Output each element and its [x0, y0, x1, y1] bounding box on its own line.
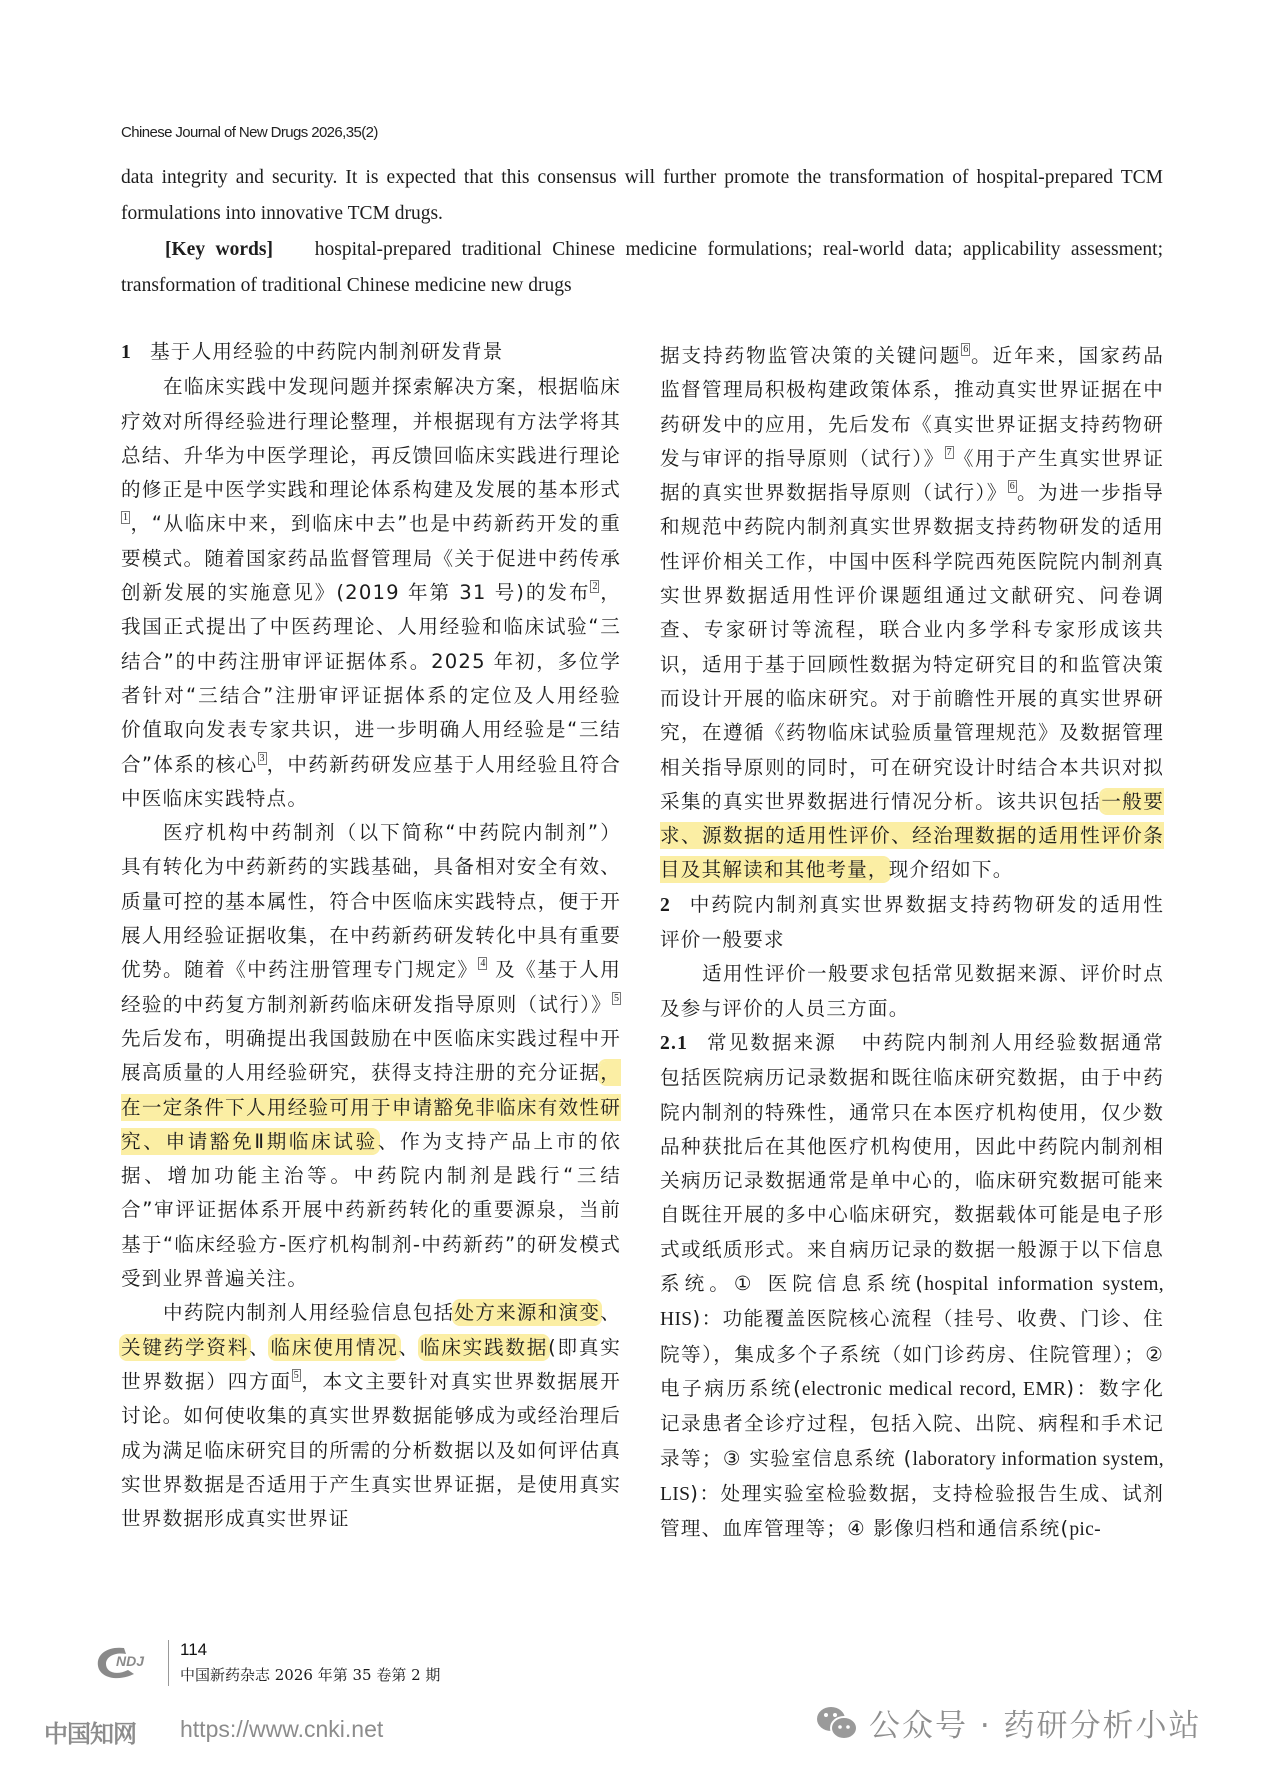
text: 在临床实践中发现问题并探索解决方案，根据临床疗效对所得经验进行理论整理，并根据现… [121, 375, 621, 501]
paragraph-section-2-1: 2.1常见数据来源 中药院内制剂人用经验数据通常包括医院病历记录数据和既往临床研… [660, 1026, 1164, 1547]
running-head: Chinese Journal of New Drugs 2026,35(2) [121, 124, 378, 141]
section-number: 2.1 [660, 1033, 688, 1054]
text: 现介绍如下。 [889, 858, 1014, 881]
highlighted-text: 临床使用情况 [270, 1336, 398, 1359]
highlighted-text: 关键药学资料 [121, 1336, 249, 1359]
text: ，我国正式提出了中医药理论、人用经验和临床试验“三结合”的中药注册审评证据体系。… [121, 581, 621, 775]
cnki-watermark: 中国知网 https://www.cnki.net [44, 1714, 136, 1749]
section-1-heading: 1基于人用经验的中药院内制剂研发背景 [121, 335, 621, 370]
abstract-text: data integrity and security. It is expec… [121, 160, 1163, 232]
page-footer: NDJ 114 中国新药杂志 2026 年第 35 卷第 2 期 [82, 1640, 582, 1700]
journal-logo-icon: NDJ [94, 1644, 156, 1682]
keywords-text: hospital-prepared traditional Chinese me… [121, 239, 1163, 296]
subsection-2-1-heading: 2.1常见数据来源 [660, 1031, 837, 1054]
abstract-tail: data integrity and security. It is expec… [121, 160, 1163, 304]
section-number: 1 [121, 342, 132, 363]
citation[interactable]: 1 [121, 511, 130, 524]
citation[interactable]: 3 [258, 752, 267, 765]
section-title: 基于人用经验的中药院内制剂研发背景 [150, 340, 504, 363]
paragraph-2: 医疗机构中药制剂（以下简称“中药院内制剂”）具有转化为中药新药的实践基础，具备相… [121, 816, 621, 1296]
text: 据支持药物监管决策的关键问题 [660, 344, 961, 367]
citation[interactable]: 5 [292, 1369, 301, 1382]
text: 、 [600, 1301, 621, 1324]
text: ，本文主要针对真实世界数据展开讨论。如何使收集的真实世界数据能够成为或经治理后成… [121, 1370, 621, 1530]
citation[interactable]: 7 [945, 446, 954, 459]
section-title: 常见数据来源 [706, 1031, 837, 1054]
text: ，“从临床中来，到临床中去”也是中药新药开发的重要模式。随着国家药品监督管理局《… [121, 512, 621, 604]
highlighted-text: 处方来源和演变 [454, 1301, 600, 1324]
section-number: 2 [660, 895, 671, 916]
page-number: 114 [180, 1640, 207, 1660]
text: 。为进一步指导和规范中药院内制剂真实世界数据支持药物研发的适用性评价相关工作，中… [660, 481, 1164, 813]
citation[interactable]: 6 [961, 343, 970, 356]
citation[interactable]: 5 [612, 992, 621, 1005]
keywords-paragraph: [Key words] hospital-prepared traditiona… [121, 232, 1163, 304]
right-column: 据支持药物监管决策的关键问题6。近年来，国家药品监督管理局积极构建政策体系，推动… [660, 339, 1164, 1547]
keywords-label: [Key words] [165, 239, 273, 260]
paragraph-section-2: 适用性评价一般要求包括常见数据来源、评价时点及参与评价的人员三方面。 [660, 957, 1164, 1026]
text: 先后发布，明确提出我国鼓励在中医临床实践过程中开展高质量的人用经验研究，获得支持… [121, 1027, 621, 1084]
left-column: 1基于人用经验的中药院内制剂研发背景 在临床实践中发现问题并探索解决方案，根据临… [121, 335, 621, 1536]
section-title: 中药院内制剂真实世界数据支持药物研发的适用性评价一般要求 [660, 893, 1164, 951]
text: 、作为支持产品上市的依据、增加功能主治等。中药院内制剂是践行“三结合”审评证据体… [121, 1130, 621, 1290]
footer-divider [168, 1640, 169, 1686]
english-term: electronic medical record, EMR [802, 1379, 1067, 1400]
text: 中药院内制剂人用经验信息包括 [163, 1301, 454, 1324]
paragraph-continued: 据支持药物监管决策的关键问题6。近年来，国家药品监督管理局积极构建政策体系，推动… [660, 339, 1164, 888]
citation[interactable]: 6 [1008, 480, 1017, 493]
cnki-name: 中国知网 [44, 1720, 136, 1748]
text: 中药院内制剂人用经验数据通常包括医院病历记录数据和既往临床研究数据，由于中药院内… [660, 1031, 1164, 1295]
wechat-account-label: 公众号 · 药研分析小站 [869, 1700, 1202, 1745]
section-2-heading: 2中药院内制剂真实世界数据支持药物研发的适用性评价一般要求 [660, 888, 1164, 958]
journal-issue: 中国新药杂志 2026 年第 35 卷第 2 期 [180, 1664, 440, 1685]
cnki-url[interactable]: https://www.cnki.net [180, 1716, 383, 1743]
text: 、 [249, 1336, 270, 1359]
text: 、 [399, 1336, 420, 1359]
svg-text:NDJ: NDJ [116, 1653, 145, 1669]
paragraph-1: 在临床实践中发现问题并探索解决方案，根据临床疗效对所得经验进行理论整理，并根据现… [121, 370, 621, 816]
paragraph-3: 中药院内制剂人用经验信息包括处方来源和演变、关键药学资料、临床使用情况、临床实践… [121, 1296, 621, 1536]
wechat-watermark: 公众号 · 药研分析小站 [815, 1700, 1202, 1745]
highlighted-text: 临床实践数据 [420, 1336, 548, 1359]
english-term: pic- [1069, 1519, 1101, 1540]
wechat-icon [815, 1704, 859, 1742]
